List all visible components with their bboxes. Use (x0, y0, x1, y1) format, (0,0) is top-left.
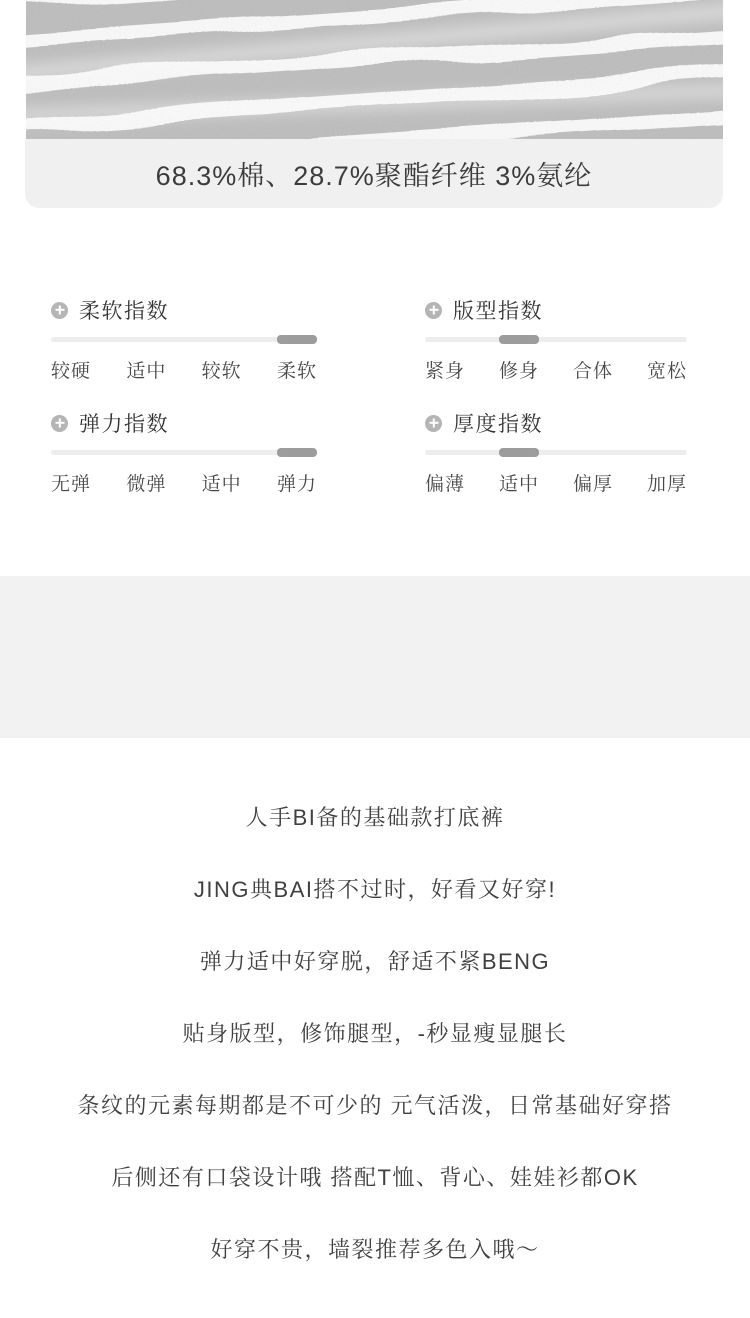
index-label: 偏厚 (573, 469, 613, 496)
plus-icon (425, 415, 442, 432)
index-title: 柔软指数 (79, 295, 169, 325)
index-bar-indicator-row (425, 448, 687, 457)
index-bar (425, 448, 687, 457)
index-label: 微弹 (126, 469, 166, 496)
product-copy: 人手BI备的基础款打底裤 JING典BAI搭不过时，好看又好穿! 弹力适中好穿脱… (0, 804, 750, 1264)
fabric-composition-text: 68.3%棉、28.7%聚酯纤维 3%氨纶 (156, 154, 593, 193)
index-label: 合体 (573, 356, 613, 383)
index-labels: 无弹 微弹 适中 弹力 (51, 469, 317, 496)
index-labels: 较硬 适中 较软 柔软 (51, 356, 317, 383)
placeholder-block (0, 576, 750, 738)
index-labels: 紧身 修身 合体 宽松 (425, 356, 687, 383)
index-label: 较硬 (51, 356, 91, 383)
index-bar-indicator-row (51, 335, 317, 344)
product-detail-page: 68.3%棉、28.7%聚酯纤维 3%氨纶 柔软指数 较硬 适中 较软 柔软 (0, 0, 750, 1264)
copy-line: JING典BAI搭不过时，好看又好穿! (0, 876, 750, 904)
index-card-header: 版型指数 (425, 296, 687, 324)
index-label: 修身 (499, 356, 539, 383)
index-bar-indicator-row (51, 448, 317, 457)
index-label: 较软 (202, 356, 242, 383)
copy-line: 条纹的元素每期都是不可少的 元气活泼，日常基础好穿搭 (0, 1092, 750, 1120)
striped-fabric-image (26, 0, 723, 139)
fabric-photo (26, 0, 723, 139)
index-card-header: 厚度指数 (425, 409, 687, 437)
index-label: 柔软 (277, 356, 317, 383)
index-card-header: 柔软指数 (51, 296, 317, 324)
index-label: 宽松 (647, 356, 687, 383)
index-label: 无弹 (51, 469, 91, 496)
plus-icon (425, 302, 442, 319)
index-bar (51, 448, 317, 457)
index-title: 弹力指数 (79, 408, 169, 438)
index-label: 偏薄 (425, 469, 465, 496)
index-label: 弹力 (277, 469, 317, 496)
copy-line: 弹力适中好穿脱，舒适不紧BENG (0, 948, 750, 976)
index-labels: 偏薄 适中 偏厚 加厚 (425, 469, 687, 496)
index-card-elasticity: 弹力指数 无弹 微弹 适中 弹力 (51, 409, 317, 496)
plus-icon (51, 302, 68, 319)
copy-line: 好穿不贵，墙裂推荐多色入哦～ (0, 1236, 750, 1264)
plus-icon (51, 415, 68, 432)
index-bar-indicator-row (425, 335, 687, 344)
index-card-softness: 柔软指数 较硬 适中 较软 柔软 (51, 296, 317, 383)
index-bar (51, 335, 317, 344)
index-grid: 柔软指数 较硬 适中 较软 柔软 版型指数 (0, 296, 750, 496)
index-card-fit: 版型指数 紧身 修身 合体 宽松 (425, 296, 687, 383)
index-label: 紧身 (425, 356, 465, 383)
copy-line: 后侧还有口袋设计哦 搭配T恤、背心、娃娃衫都OK (0, 1164, 750, 1192)
index-label: 加厚 (647, 469, 687, 496)
index-label: 适中 (126, 356, 166, 383)
index-label: 适中 (202, 469, 242, 496)
index-title: 厚度指数 (453, 408, 543, 438)
copy-line: 贴身版型，修饰腿型，-秒显瘦显腿长 (0, 1020, 750, 1048)
index-label: 适中 (499, 469, 539, 496)
index-bar (425, 335, 687, 344)
index-card-header: 弹力指数 (51, 409, 317, 437)
index-card-thickness: 厚度指数 偏薄 适中 偏厚 加厚 (425, 409, 687, 496)
index-title: 版型指数 (453, 295, 543, 325)
fabric-composition-banner: 68.3%棉、28.7%聚酯纤维 3%氨纶 (25, 139, 723, 208)
copy-line: 人手BI备的基础款打底裤 (0, 804, 750, 832)
